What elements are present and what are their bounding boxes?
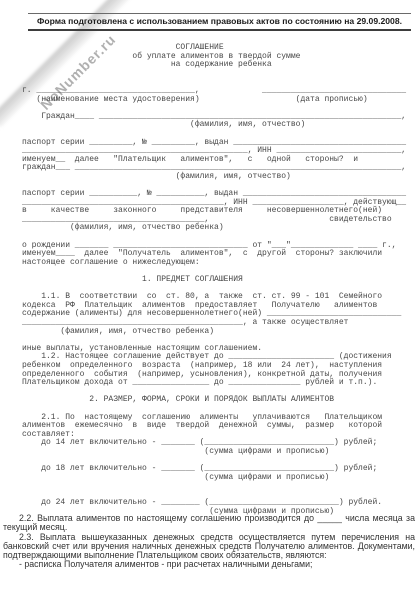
document-page: NoNumber.ru Форма подготовлена с использ… — [0, 0, 420, 600]
agreement-form-body: СОГЛАШЕНИЕ об уплате алиментов в твердой… — [22, 44, 414, 517]
clause-2-3: 2.3. Выплата вышеуказанных денежных сред… — [3, 533, 415, 561]
header-notice-strip: Форма подготовлена с использованием прав… — [28, 13, 411, 31]
clause-2-3-list-item: - расписка Получателя алиментов - при ра… — [3, 560, 415, 569]
clause-2-2: 2.2. Выплата алиментов по настоящему сог… — [3, 514, 415, 533]
header-notice-text: Форма подготовлена с использованием прав… — [37, 16, 402, 26]
tail-clauses: 2.2. Выплата алиментов по настоящему сог… — [3, 514, 415, 570]
